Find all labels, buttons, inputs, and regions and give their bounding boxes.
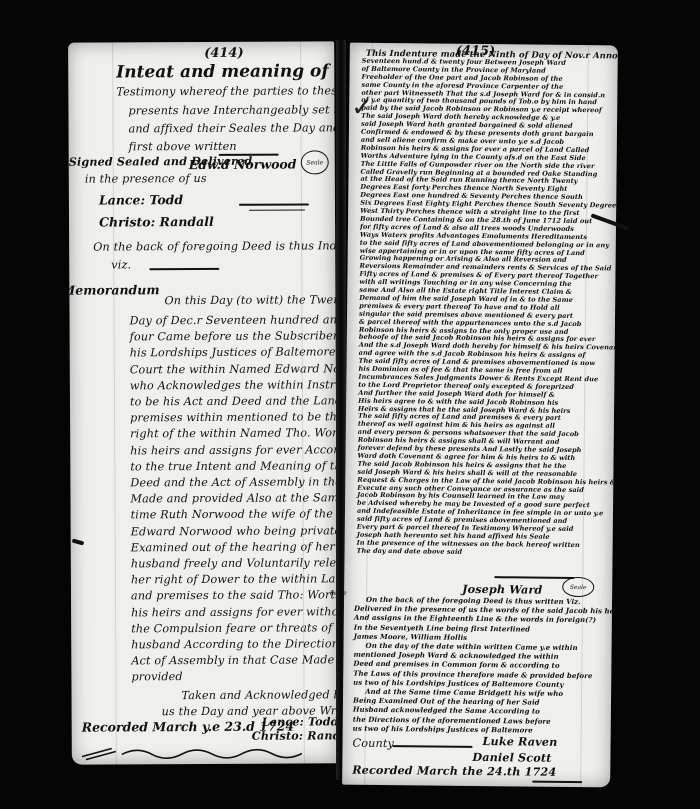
memo-line: time Ruth Norwood the wife of the said: [131, 508, 338, 522]
text-line: presents have Interchangeably set their …: [128, 103, 337, 117]
right-page: (415) ✓ This Indenture made the Ninth of…: [342, 43, 618, 788]
memo-line: husband According to the Directions of t…: [131, 637, 338, 651]
county-label: County: [352, 737, 394, 750]
seal-icon: Seale: [562, 577, 594, 597]
recorded-date: Recorded March the 24.th 1724: [352, 763, 556, 779]
memo-line: and premises to the said Tho: Worthingto…: [131, 588, 338, 602]
endorsement-heading: On the back of foregoing Deed is thus In…: [93, 239, 338, 253]
signer-name: Joseph Ward: [462, 582, 542, 597]
margin-note: Seale: [330, 590, 347, 597]
text-line: Inteat and meaning of these presents In: [116, 60, 338, 82]
flourish-line: [249, 209, 305, 210]
closing-signer: Lance: Todd: [262, 714, 338, 728]
memo-line: husband freely and Voluntarily releases: [131, 556, 338, 570]
endorsement-heading: viz.: [111, 258, 131, 271]
memo-line: Act of Assembly in that Case Made and: [131, 653, 338, 667]
memo-line: her right of Dower to the within Land: [131, 572, 338, 586]
witness-label: in the presence of us: [85, 172, 207, 186]
memo-line: right of the within Named Tho. Worthingt…: [130, 426, 338, 440]
memo-line: Edward Norwood who being privately: [131, 524, 338, 538]
microfilm-spread: (414) Inteat and meaning of these presen…: [0, 0, 700, 809]
memo-line: to the true Intent and Meaning of the sa…: [130, 459, 338, 473]
justice-name: Luke Raven: [483, 734, 558, 749]
squiggle-flourish: [82, 745, 322, 762]
text-line: and affixed their Seales the Day and yea…: [129, 121, 338, 135]
flourish-line: [239, 203, 309, 205]
signer-name: Edw.d Norwood: [189, 157, 297, 173]
memo-line: four Came before us the Subscribers two …: [130, 329, 338, 343]
flourish-line: [494, 576, 574, 578]
memorandum-label: Memorandum: [68, 282, 160, 298]
endorsement-line: us two of his Lordships Justices of Balt…: [353, 723, 533, 734]
text-line: first above written: [129, 140, 237, 154]
memo-line: Examined out of the hearing of her said: [131, 540, 338, 554]
margin-rule: [112, 42, 117, 764]
witness-name: Christo: Randall: [99, 214, 214, 230]
closing-signer: Christo: Randall: [252, 728, 338, 743]
justice-name: Daniel Scott: [472, 750, 551, 765]
memo-line: his heirs and assigns for ever According: [130, 443, 338, 457]
closing-line: Taken and Acknowledged before: [181, 688, 337, 702]
memo-line: Court the within Named Edward Norwood: [130, 362, 338, 376]
page-number: (414): [204, 46, 244, 61]
seal-icon: Seale: [301, 150, 329, 174]
memo-line: premises within mentioned to be the: [130, 410, 338, 424]
witness-name: Lance: Todd: [99, 192, 183, 207]
flourish-line: [342, 784, 462, 787]
memo-line: his heirs and assigns for ever without: [131, 605, 338, 619]
flourish-line: [149, 268, 219, 270]
memo-line: Made and provided Also at the Same: [130, 491, 337, 505]
flourish-line: [393, 745, 473, 747]
text-line: The day and date above said: [357, 546, 463, 555]
text-line: Testimony whereof the parties to these: [116, 84, 338, 98]
memo-line: On this Day (to witt) the Twentyeth: [164, 293, 337, 307]
flourish-line: [532, 781, 582, 784]
memo-line: provided: [131, 671, 182, 684]
memo-line: who Acknowledges the within Instrument: [130, 378, 338, 392]
memo-line: the Compulsion feare or threats of her s…: [131, 621, 338, 635]
left-page: (414) Inteat and meaning of these presen…: [68, 41, 338, 764]
memo-line: Day of Dec.r Seventeen hundred and twent…: [130, 313, 338, 327]
memo-line: Deed and the Act of Assembly in that Cas…: [130, 475, 338, 489]
memo-line: to be his Act and Deed and the Land and: [130, 394, 338, 408]
memo-line: his Lordships Justices of Baltemore Coun…: [130, 345, 338, 359]
